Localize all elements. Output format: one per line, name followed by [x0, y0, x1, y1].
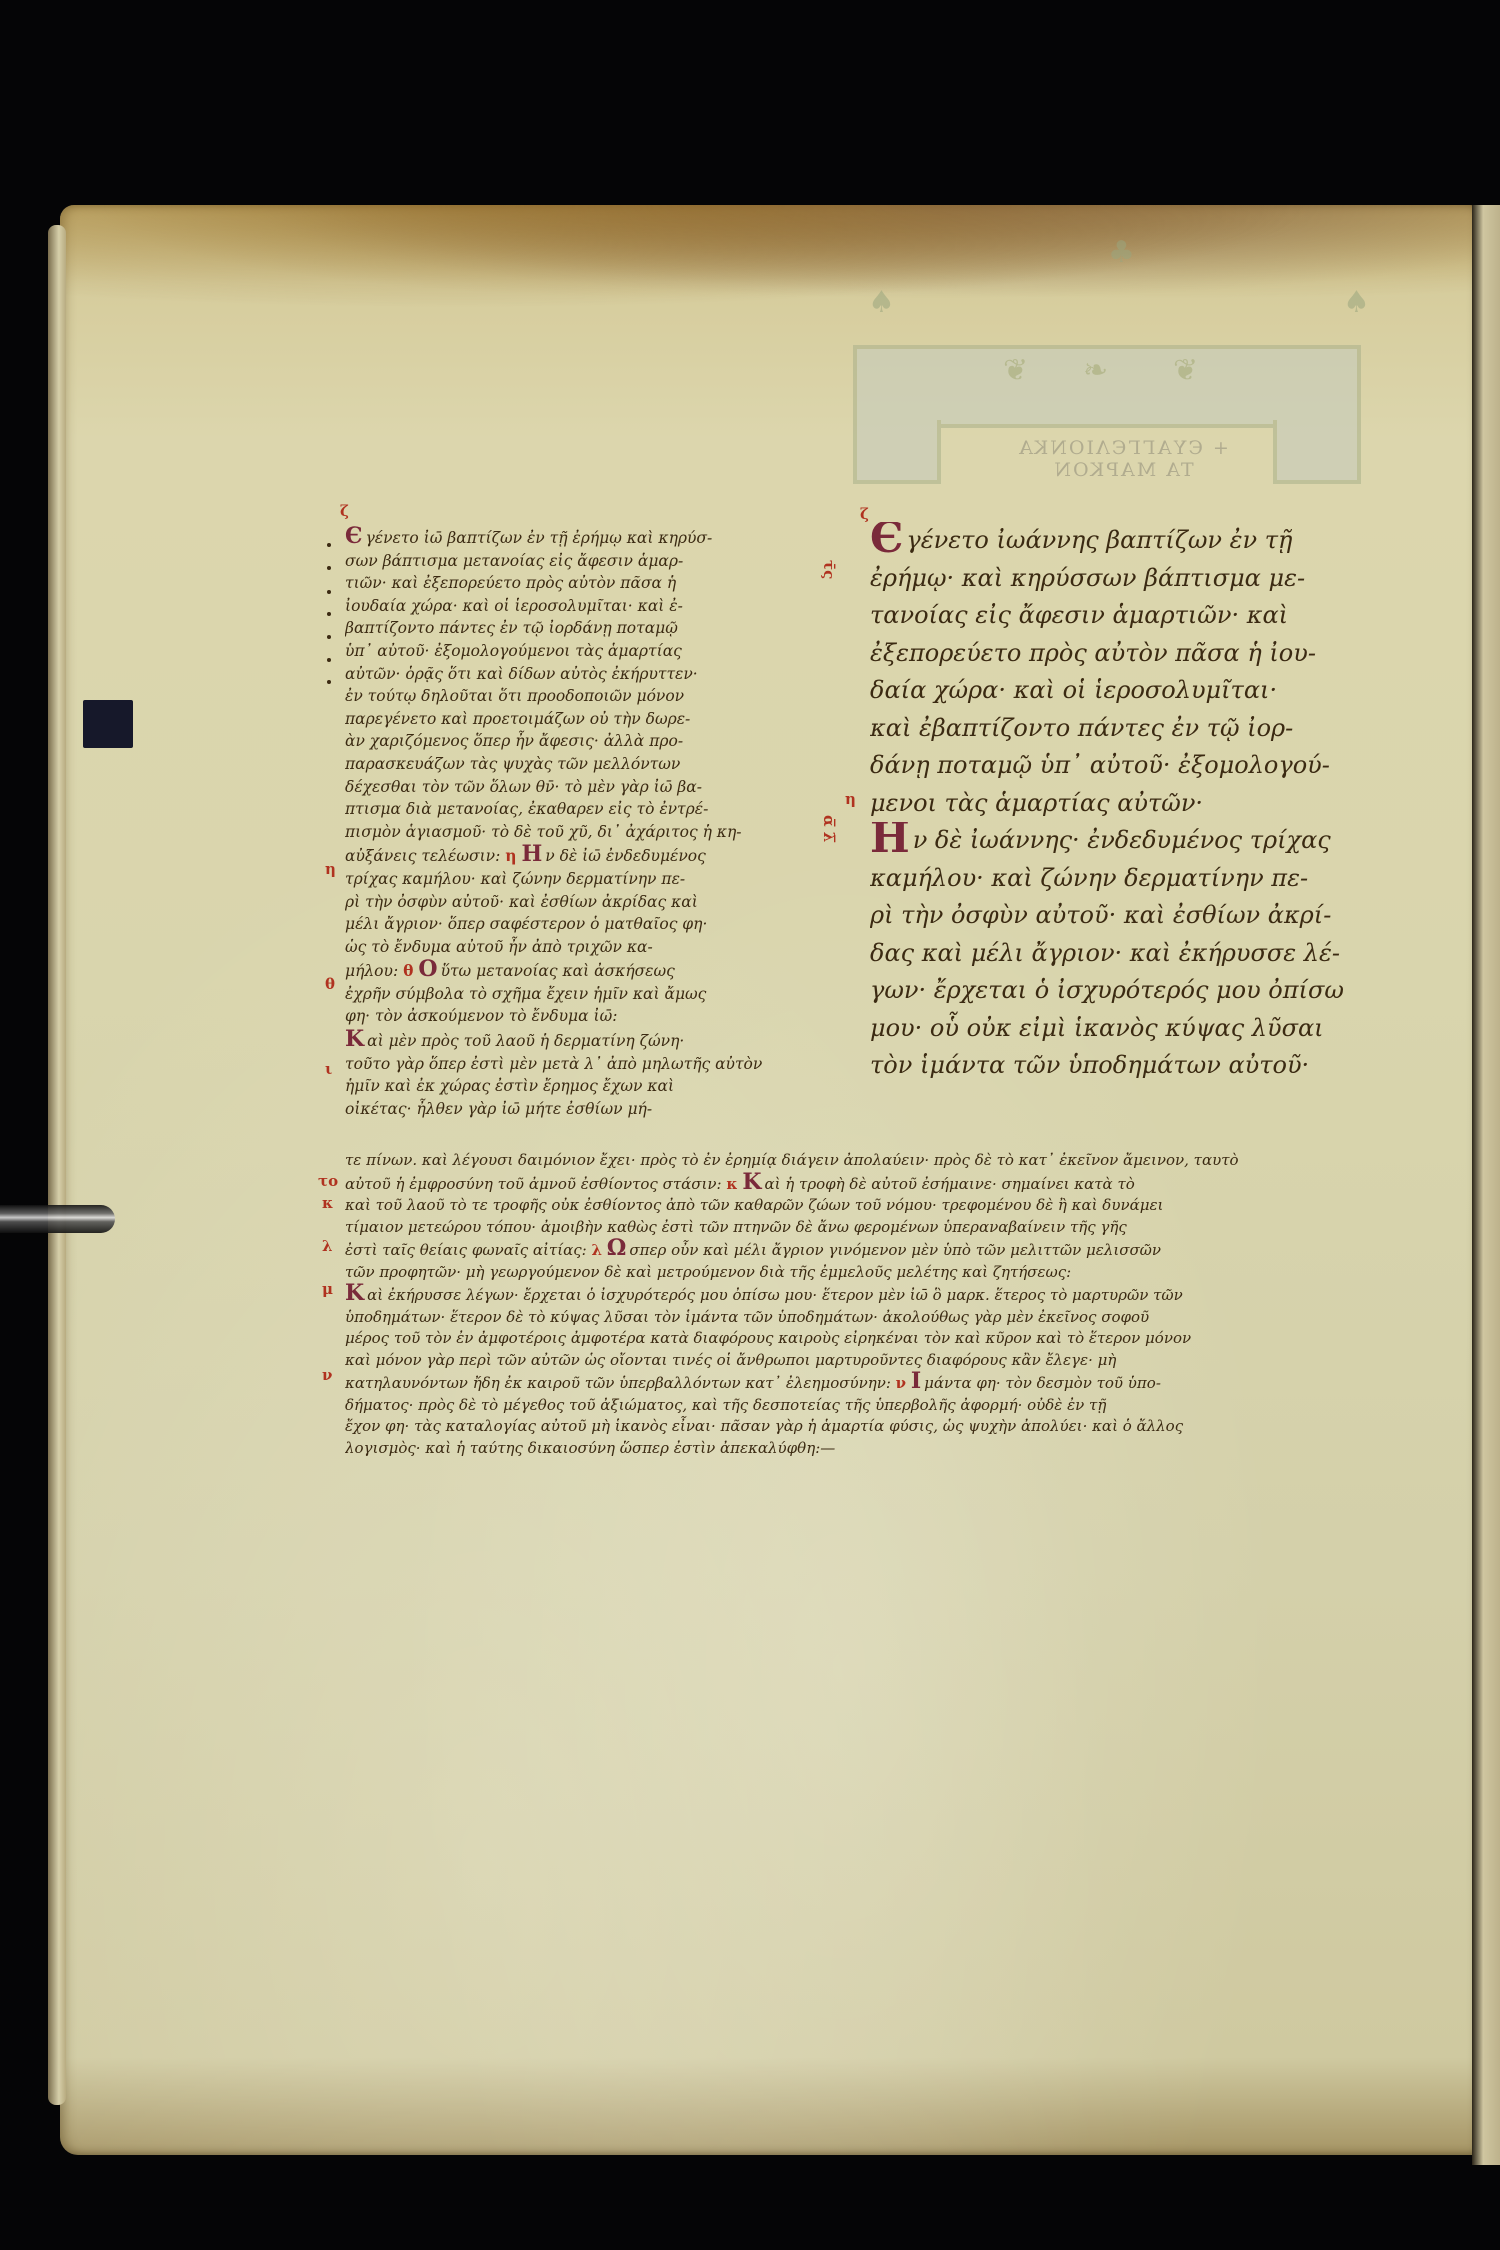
- text-line: γων· ἔρχεται ὁ ἰσχυρότερός μου ὀπίσω: [870, 972, 1390, 1010]
- text-line: τοῦτο γὰρ ὅπερ ἐστὶ μὲν μετὰ λ᾿ ἀπὸ μηλω…: [345, 1053, 805, 1076]
- illuminated-initial: Є: [345, 525, 363, 549]
- section-number: ζ: [860, 505, 869, 523]
- text-line: δάνῃ ποταμῷ ὑπ᾿ αὐτοῦ· ἐξομολογού-: [870, 747, 1390, 785]
- text-line: Καὶ ἐκήρυσσε λέγων· ἔρχεται ὁ ἰσχυρότερό…: [345, 1283, 1385, 1307]
- verse-marker: ν: [322, 1366, 332, 1384]
- text-line: φη· τὸν ἀσκούμενον τὸ ἔνδυμα ἰω̄:: [345, 1005, 805, 1028]
- verse-marker: η: [325, 860, 336, 878]
- verse-marker: κ: [322, 1194, 333, 1212]
- verse-marker: το: [318, 1172, 338, 1190]
- text-line: δας καὶ μέλι ἄγριον· καὶ ἐκήρυσσε λέ-: [870, 935, 1390, 973]
- text-line: ἡμῖν καὶ ἐκ χώρας ἐστὶν ἔρημος ἔχων καὶ: [345, 1075, 805, 1098]
- text-line: δήματος· πρὸς δὲ τὸ μέγεθος τοῦ ἀξιώματο…: [345, 1395, 1385, 1417]
- text-line: τὸν ἱμάντα τῶν ὑποδημάτων αὐτοῦ·: [870, 1047, 1390, 1085]
- text-line: ἐρήμῳ· καὶ κηρύσσων βάπτισμα με-: [870, 560, 1390, 598]
- fleuron-icon: ❦: [1003, 353, 1028, 388]
- text-line: καὶ τοῦ λαοῦ τὸ τε τροφῆς οὐκ ἐσθίοντος …: [345, 1195, 1385, 1217]
- headpiece-left-leg: [853, 420, 941, 484]
- text-line: μενοι τὰς ἁμαρτίας αὐτῶν·: [870, 785, 1390, 823]
- margin-note: α̅ λ̅: [820, 815, 838, 842]
- page-clip-holder: [0, 1205, 115, 1233]
- text-line: ἐστὶ ταῖς θείαις φωναῖς αἰτίας: λ Ωσπερ …: [345, 1238, 1385, 1262]
- text-line: κατηλαυνόντων ἤδη ἐκ καιροῦ τῶν ὑπερβαλλ…: [345, 1371, 1385, 1395]
- text-line: τανοίας εἰς ἄφεσιν ἁμαρτιῶν· καὶ: [870, 597, 1390, 635]
- text-line: ἰουδαία χώρα· καὶ οἱ ἱεροσολυμῖται· καὶ …: [345, 595, 805, 618]
- text-line: μήλου: θ Oὕτω μετανοίας καὶ ἀσκήσεως: [345, 958, 805, 983]
- verse-marker: θ: [325, 975, 335, 993]
- finial-icon: ♠: [868, 285, 895, 320]
- text-line: παρασκευάζων τὰς ψυχὰς τῶν μελλόντων: [345, 753, 805, 776]
- text-line: ρὶ τὴν ὀσφὺν αὐτοῦ· καὶ ἐσθίων ἀκρίδας κ…: [345, 891, 805, 914]
- binding-gutter: [1472, 205, 1500, 2165]
- text-line: πτισμα διὰ μετανοίας, ἐκαθαρεν εἰς τὸ ἐν…: [345, 798, 805, 821]
- text-line: αὐτῶν· ὁρᾷς ὅτι καὶ δίδων αὐτὸς ἐκήρυττε…: [345, 663, 805, 686]
- text-line: καὶ ἐβαπτίζοντο πάντες ἐν τῷ ἰορ-: [870, 710, 1390, 748]
- text-line: τιῶν· καὶ ἐξεπορεύετο πρὸς αὐτὸν πᾶσα ἡ: [345, 572, 805, 595]
- text-line: τίμαιον μετεώρου τόπου· ἀμοιβὴν καθὼς ἐσ…: [345, 1217, 1385, 1239]
- text-line: Καὶ μὲν πρὸς τοῦ λαοῦ ἡ δερματίνη ζώνη·: [345, 1028, 805, 1053]
- text-line: δαία χώρα· καὶ οἱ ἱεροσολυμῖται·: [870, 672, 1390, 710]
- illuminated-initial: Η: [870, 822, 910, 860]
- headpiece-title: + ЄYАГГЄΛIONKA TA MAPKON: [993, 437, 1253, 481]
- text-line: οἰκέτας· ἦλθεν γὰρ ἰω̄ μήτε ἐσθίων μή-: [345, 1098, 805, 1121]
- text-line: ἐξεπορεύετο πρὸς αὐτὸν πᾶσα ἡ ἰου-: [870, 635, 1390, 673]
- text-line: λογισμὸς· καὶ ἡ ταύτης δικαιοσύνη ὥσπερ …: [345, 1438, 1385, 1460]
- text-line: μέρος τοῦ τὸν ἐν ἀμφοτέροις ἀμφοτέρα κατ…: [345, 1328, 1385, 1350]
- commentary-wide-block: τε πίνων. καὶ λέγουσι δαιμόνιον ἔχει· πρ…: [345, 1150, 1385, 1459]
- text-line: πισμὸν ἁγιασμοῦ· τὸ δὲ τοῦ χῦ, δι᾿ ἀχάρι…: [345, 821, 805, 844]
- text-line: ὰν χαριζόμενος ὅπερ ἦν ἄφεσις· ἀλλὰ προ-: [345, 730, 805, 753]
- finial-icon: ♠: [1343, 285, 1370, 320]
- finial-icon: ♣: [1108, 235, 1135, 270]
- water-stains: [60, 205, 1480, 325]
- text-line: μου· οὗ οὐκ εἰμὶ ἱκανὸς κύψας λῦσαι: [870, 1010, 1390, 1048]
- headpiece-right-leg: [1273, 420, 1361, 484]
- verse-marker: μ: [322, 1280, 333, 1298]
- text-line: ἐν τούτῳ δηλοῦται ὅτι προοδοποιῶν μόνον: [345, 685, 805, 708]
- section-number: ζ: [340, 502, 349, 520]
- text-line: Єγένετο ἰωάννης βαπτίζων ἐν τῇ: [870, 522, 1390, 560]
- text-line: τρίχας καμήλου· καὶ ζώνην δερματίνην πε-: [345, 868, 805, 891]
- show-through-headpiece: ❦ ❧ ❦ ♠ ♠ ♣ + ЄYАГГЄΛIONKA TA MAPKON: [853, 345, 1373, 485]
- text-line: παρεγένετο καὶ προετοιμάζων οὐ τὴν δωρε-: [345, 708, 805, 731]
- text-line: καμήλου· καὶ ζώνην δερματίνην πε-: [870, 860, 1390, 898]
- text-line: ὑποδημάτων· ἕτερον δὲ τὸ κύψας λῦσαι τὸν…: [345, 1307, 1385, 1329]
- text-line: δέχεσθαι τὸν τῶν ὅλων θν̄· τὸ μὲν γὰρ ἰω…: [345, 776, 805, 799]
- verse-marker: η: [845, 790, 856, 808]
- text-line: Ην δὲ ἰωάννης· ἐνδεδυμένος τρίχας: [870, 822, 1390, 860]
- commentary-column: Єγένετο ἰω̄ βαπτίζων ἐν τῇ ἐρήμῳ καὶ κηρ…: [345, 525, 805, 1120]
- fleuron-icon: ❦: [1173, 353, 1198, 388]
- text-line: μέλι ἄγριον· ὅπερ σαφέστερον ὁ ματθαῖος …: [345, 913, 805, 936]
- text-line: καὶ μόνον γὰρ περὶ τῶν αὐτῶν ὡς οἴονται …: [345, 1350, 1385, 1372]
- margin-note: τ̄ς: [820, 560, 838, 579]
- text-line: Єγένετο ἰω̄ βαπτίζων ἐν τῇ ἐρήμῳ καὶ κηρ…: [345, 525, 805, 550]
- verse-marker: ι: [325, 1060, 332, 1078]
- text-line: ὡς τὸ ἔνδυμα αὐτοῦ ἦν ἀπὸ τριχῶν κα-: [345, 936, 805, 959]
- navy-tab-marker: [83, 700, 133, 748]
- page-fore-edge: [48, 225, 66, 2105]
- text-line: ἔχον φη· τὰς καταλογίας αὐτοῦ μὴ ἱκανὸς …: [345, 1416, 1385, 1438]
- text-line: ἐχρῆν σύμβολα τὸ σχῆμα ἔχειν ἡμῖν καὶ ἄμ…: [345, 983, 805, 1006]
- text-line: τῶν προφητῶν· μὴ γεωργούμενον δὲ καὶ μετ…: [345, 1262, 1385, 1284]
- text-line: σων βάπτισμα μετανοίας εἰς ἄφεσιν ἁμαρ-: [345, 550, 805, 573]
- fleuron-icon: ❧: [1083, 353, 1108, 388]
- text-line: ὑπ᾿ αὐτοῦ· ἐξομολογούμενοι τὰς ἁμαρτίας: [345, 640, 805, 663]
- illuminated-initial: Κ: [345, 1028, 364, 1052]
- text-line: ρὶ τὴν ὀσφὺν αὐτοῦ· καὶ ἐσθίων ἀκρί-: [870, 897, 1390, 935]
- text-line: αὐτοῦ ἡ ἐμφροσύνη τοῦ ἀμνοῦ ἐσθίοντος στ…: [345, 1172, 1385, 1196]
- illuminated-initial: Є: [870, 522, 903, 560]
- gospel-text-column: Єγένετο ἰωάννης βαπτίζων ἐν τῇ ἐρήμῳ· κα…: [870, 522, 1390, 1085]
- text-line: βαπτίζοντο πάντες ἐν τῷ ἰορδάνῃ ποταμῷ: [345, 617, 805, 640]
- text-line: αὐξάνεις τελέωσιν: η Ην δὲ ἰω̄ ἐνδεδυμέν…: [345, 843, 805, 868]
- text-line: τε πίνων. καὶ λέγουσι δαιμόνιον ἔχει· πρ…: [345, 1150, 1385, 1172]
- illuminated-initial: Κ: [345, 1283, 364, 1306]
- verse-marker: λ: [322, 1237, 333, 1255]
